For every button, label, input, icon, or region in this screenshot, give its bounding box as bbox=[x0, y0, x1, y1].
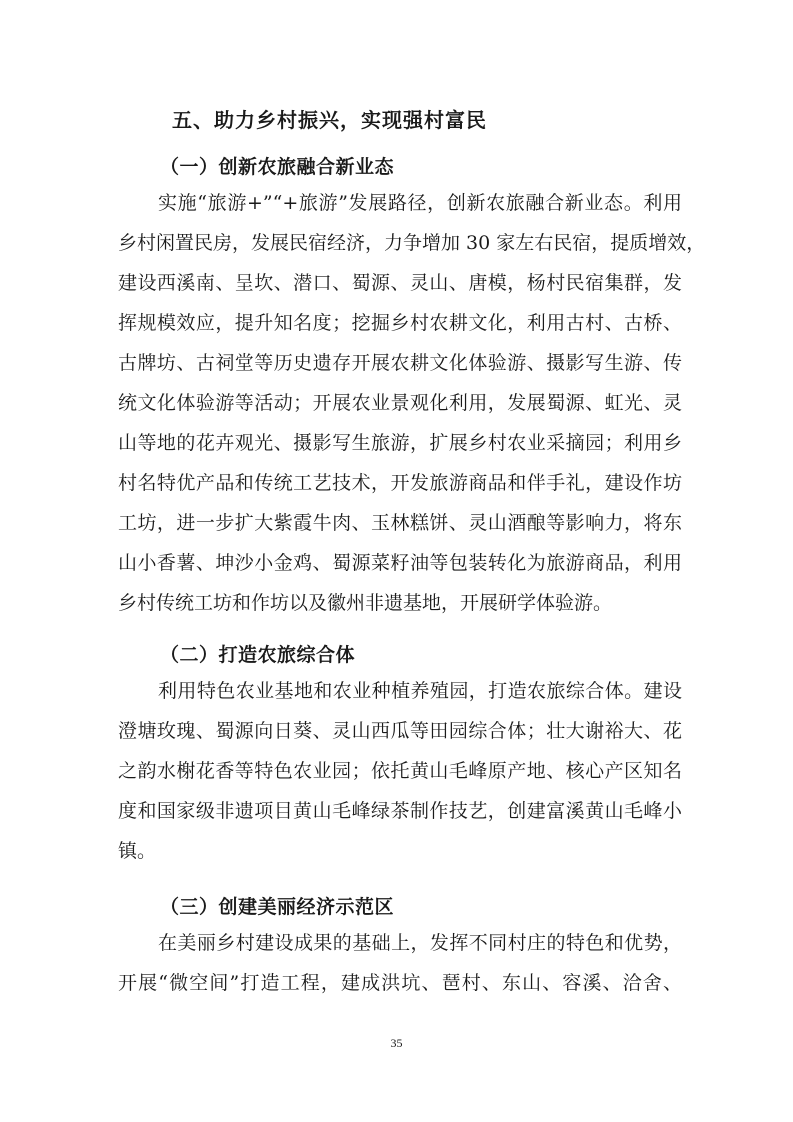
paragraph-line: 建设西溪南、呈坎、潜口、蜀源、灵山、唐模，杨村民宿集群，发 bbox=[118, 268, 682, 295]
paragraph-line: 村名特优产品和传统工艺技术，开发旅游商品和伴手礼，建设作坊 bbox=[118, 468, 682, 495]
paragraph-line: 在美丽乡村建设成果的基础上，发挥不同村庄的特色和优势， bbox=[158, 928, 682, 955]
section-1-title: （一）创新农旅融合新业态 bbox=[160, 152, 394, 179]
paragraph-line: 乡村闲置民房，发展民宿经济，力争增加 30 家左右民宿，提质增效， bbox=[118, 228, 682, 255]
paragraph-line: 古牌坊、古祠堂等历史遗存开展农耕文化体验游、摄影写生游、传 bbox=[118, 348, 682, 375]
paragraph-line: 乡村传统工坊和作坊以及徽州非遗基地，开展研学体验游。 bbox=[118, 588, 682, 615]
paragraph-line: 挥规模效应，提升知名度；挖掘乡村农耕文化，利用古村、古桥、 bbox=[118, 308, 682, 335]
section-3-title: （三）创建美丽经济示范区 bbox=[160, 892, 394, 919]
paragraph-line: 山小香薯、坤沙小金鸡、蜀源菜籽油等包装转化为旅游商品，利用 bbox=[118, 548, 682, 575]
paragraph-line: 工坊，进一步扩大紫霞牛肉、玉林糕饼、灵山酒酿等影响力，将东 bbox=[118, 508, 682, 535]
paragraph-line: 度和国家级非遗项目黄山毛峰绿茶制作技艺，创建富溪黄山毛峰小 bbox=[118, 796, 682, 823]
chapter-heading: 五、助力乡村振兴，实现强村富民 bbox=[172, 104, 487, 133]
paragraph-line: 山等地的花卉观光、摄影写生旅游，扩展乡村农业采摘园；利用乡 bbox=[118, 428, 682, 455]
paragraph-line: 澄塘玫瑰、蜀源向日葵、灵山西瓜等田园综合体；壮大谢裕大、花 bbox=[118, 716, 682, 743]
paragraph-line: 利用特色农业基地和农业种植养殖园，打造农旅综合体。建设 bbox=[158, 676, 682, 703]
paragraph-line: 实施“旅游+”“+旅游”发展路径，创新农旅融合新业态。利用 bbox=[158, 188, 682, 215]
paragraph-line: 统文化体验游等活动；开展农业景观化利用，发展蜀源、虹光、灵 bbox=[118, 388, 682, 415]
page-number: 35 bbox=[0, 1036, 793, 1051]
paragraph-line: 之韵水榭花香等特色农业园；依托黄山毛峰原产地、核心产区知名 bbox=[118, 756, 682, 783]
paragraph-line: 镇。 bbox=[118, 836, 682, 863]
section-2-title: （二）打造农旅综合体 bbox=[160, 640, 355, 667]
paragraph-line: 开展“微空间”打造工程，建成洪坑、琶村、东山、容溪、洽舍、 bbox=[118, 968, 682, 995]
